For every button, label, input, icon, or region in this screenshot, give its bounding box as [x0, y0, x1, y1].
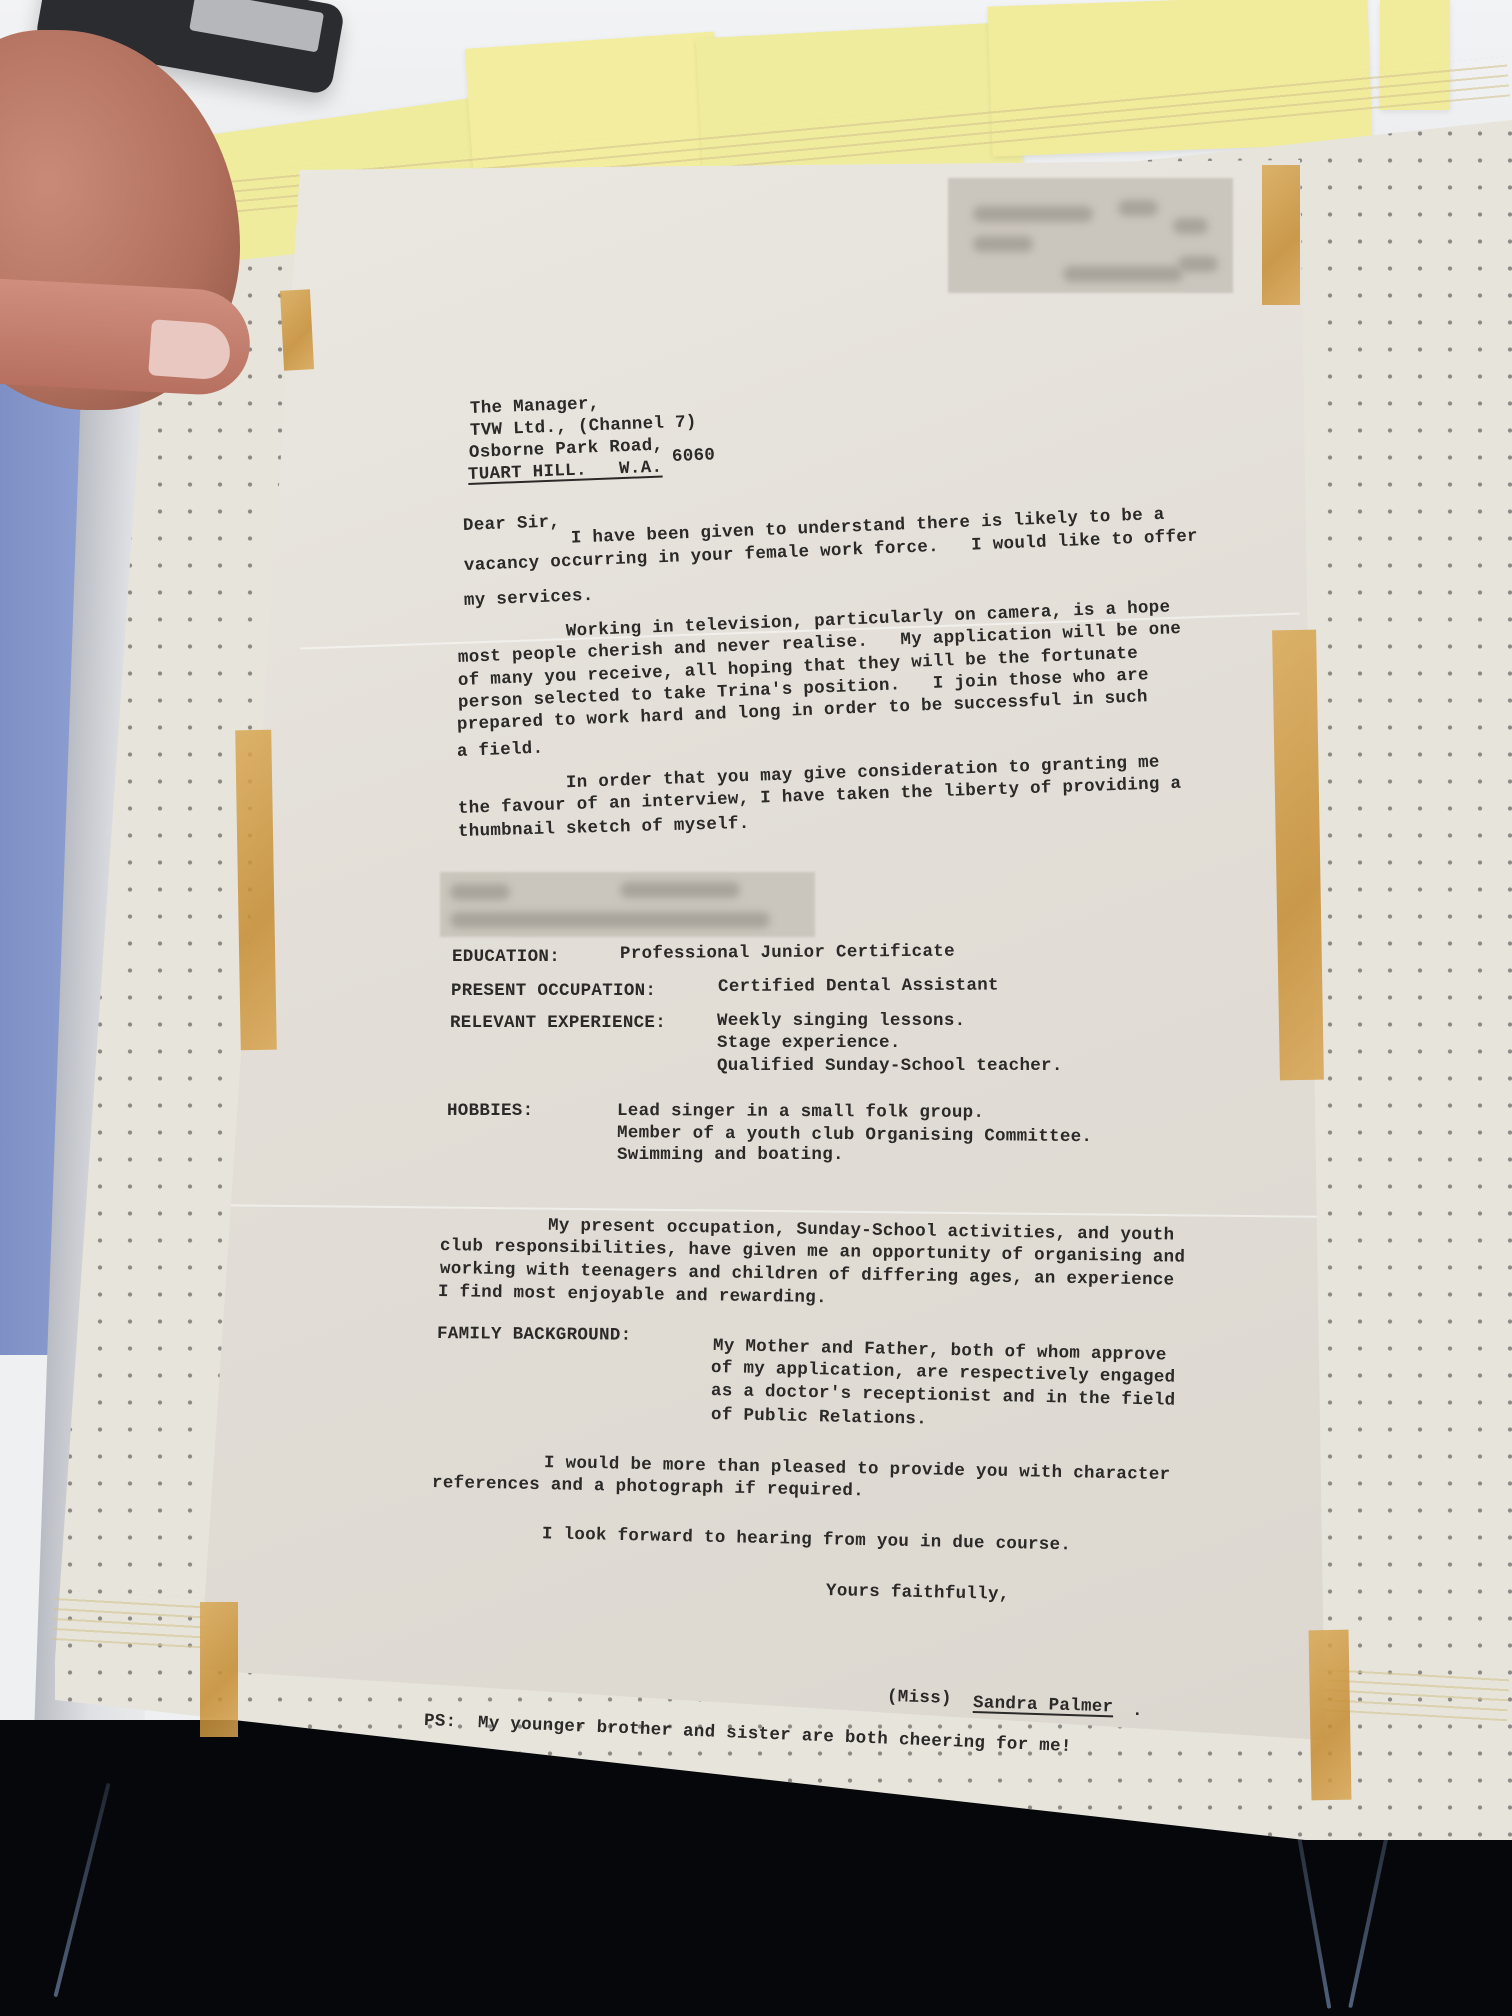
tape-strip	[1309, 1630, 1352, 1801]
occupation-value: Certified Dental Assistant	[718, 975, 999, 998]
hobbies-value: Lead singer in a small folk group.	[617, 1100, 984, 1124]
hobbies-value: Swimming and boating.	[617, 1144, 844, 1166]
tape-strip	[200, 1602, 238, 1737]
tape-strip	[1262, 165, 1300, 305]
education-value: Professional Junior Certificate	[620, 941, 955, 965]
signature-period: .	[1132, 1700, 1143, 1722]
family-label: FAMILY BACKGROUND:	[437, 1323, 632, 1347]
stand-leg	[53, 1783, 110, 1997]
tape-strip	[280, 289, 314, 370]
body-line: a field.	[457, 738, 544, 763]
stand-leg	[1293, 1811, 1332, 2009]
signature-title: (Miss)	[887, 1686, 952, 1710]
hobbies-label: HOBBIES:	[447, 1100, 533, 1122]
experience-value: Qualified Sunday-School teacher.	[717, 1055, 1063, 1077]
tape-strip	[1272, 630, 1324, 1081]
education-label: EDUCATION:	[452, 946, 560, 968]
tape-strip	[235, 730, 277, 1051]
experience-value: Stage experience.	[717, 1032, 901, 1054]
paper-crease	[220, 1204, 1320, 1218]
occupation-label: PRESENT OCCUPATION:	[451, 980, 656, 1002]
signature-name: Sandra Palmer	[973, 1692, 1114, 1718]
experience-value: Weekly singing lessons.	[717, 1010, 965, 1032]
family-line: of Public Relations.	[711, 1404, 927, 1431]
redacted-sender-address	[948, 178, 1233, 293]
recipient-postcode: 6060	[672, 444, 716, 468]
experience-label: RELEVANT EXPERIENCE:	[450, 1012, 666, 1034]
redacted-applicant-details	[440, 872, 815, 937]
valediction: Yours faithfully,	[826, 1580, 1010, 1606]
